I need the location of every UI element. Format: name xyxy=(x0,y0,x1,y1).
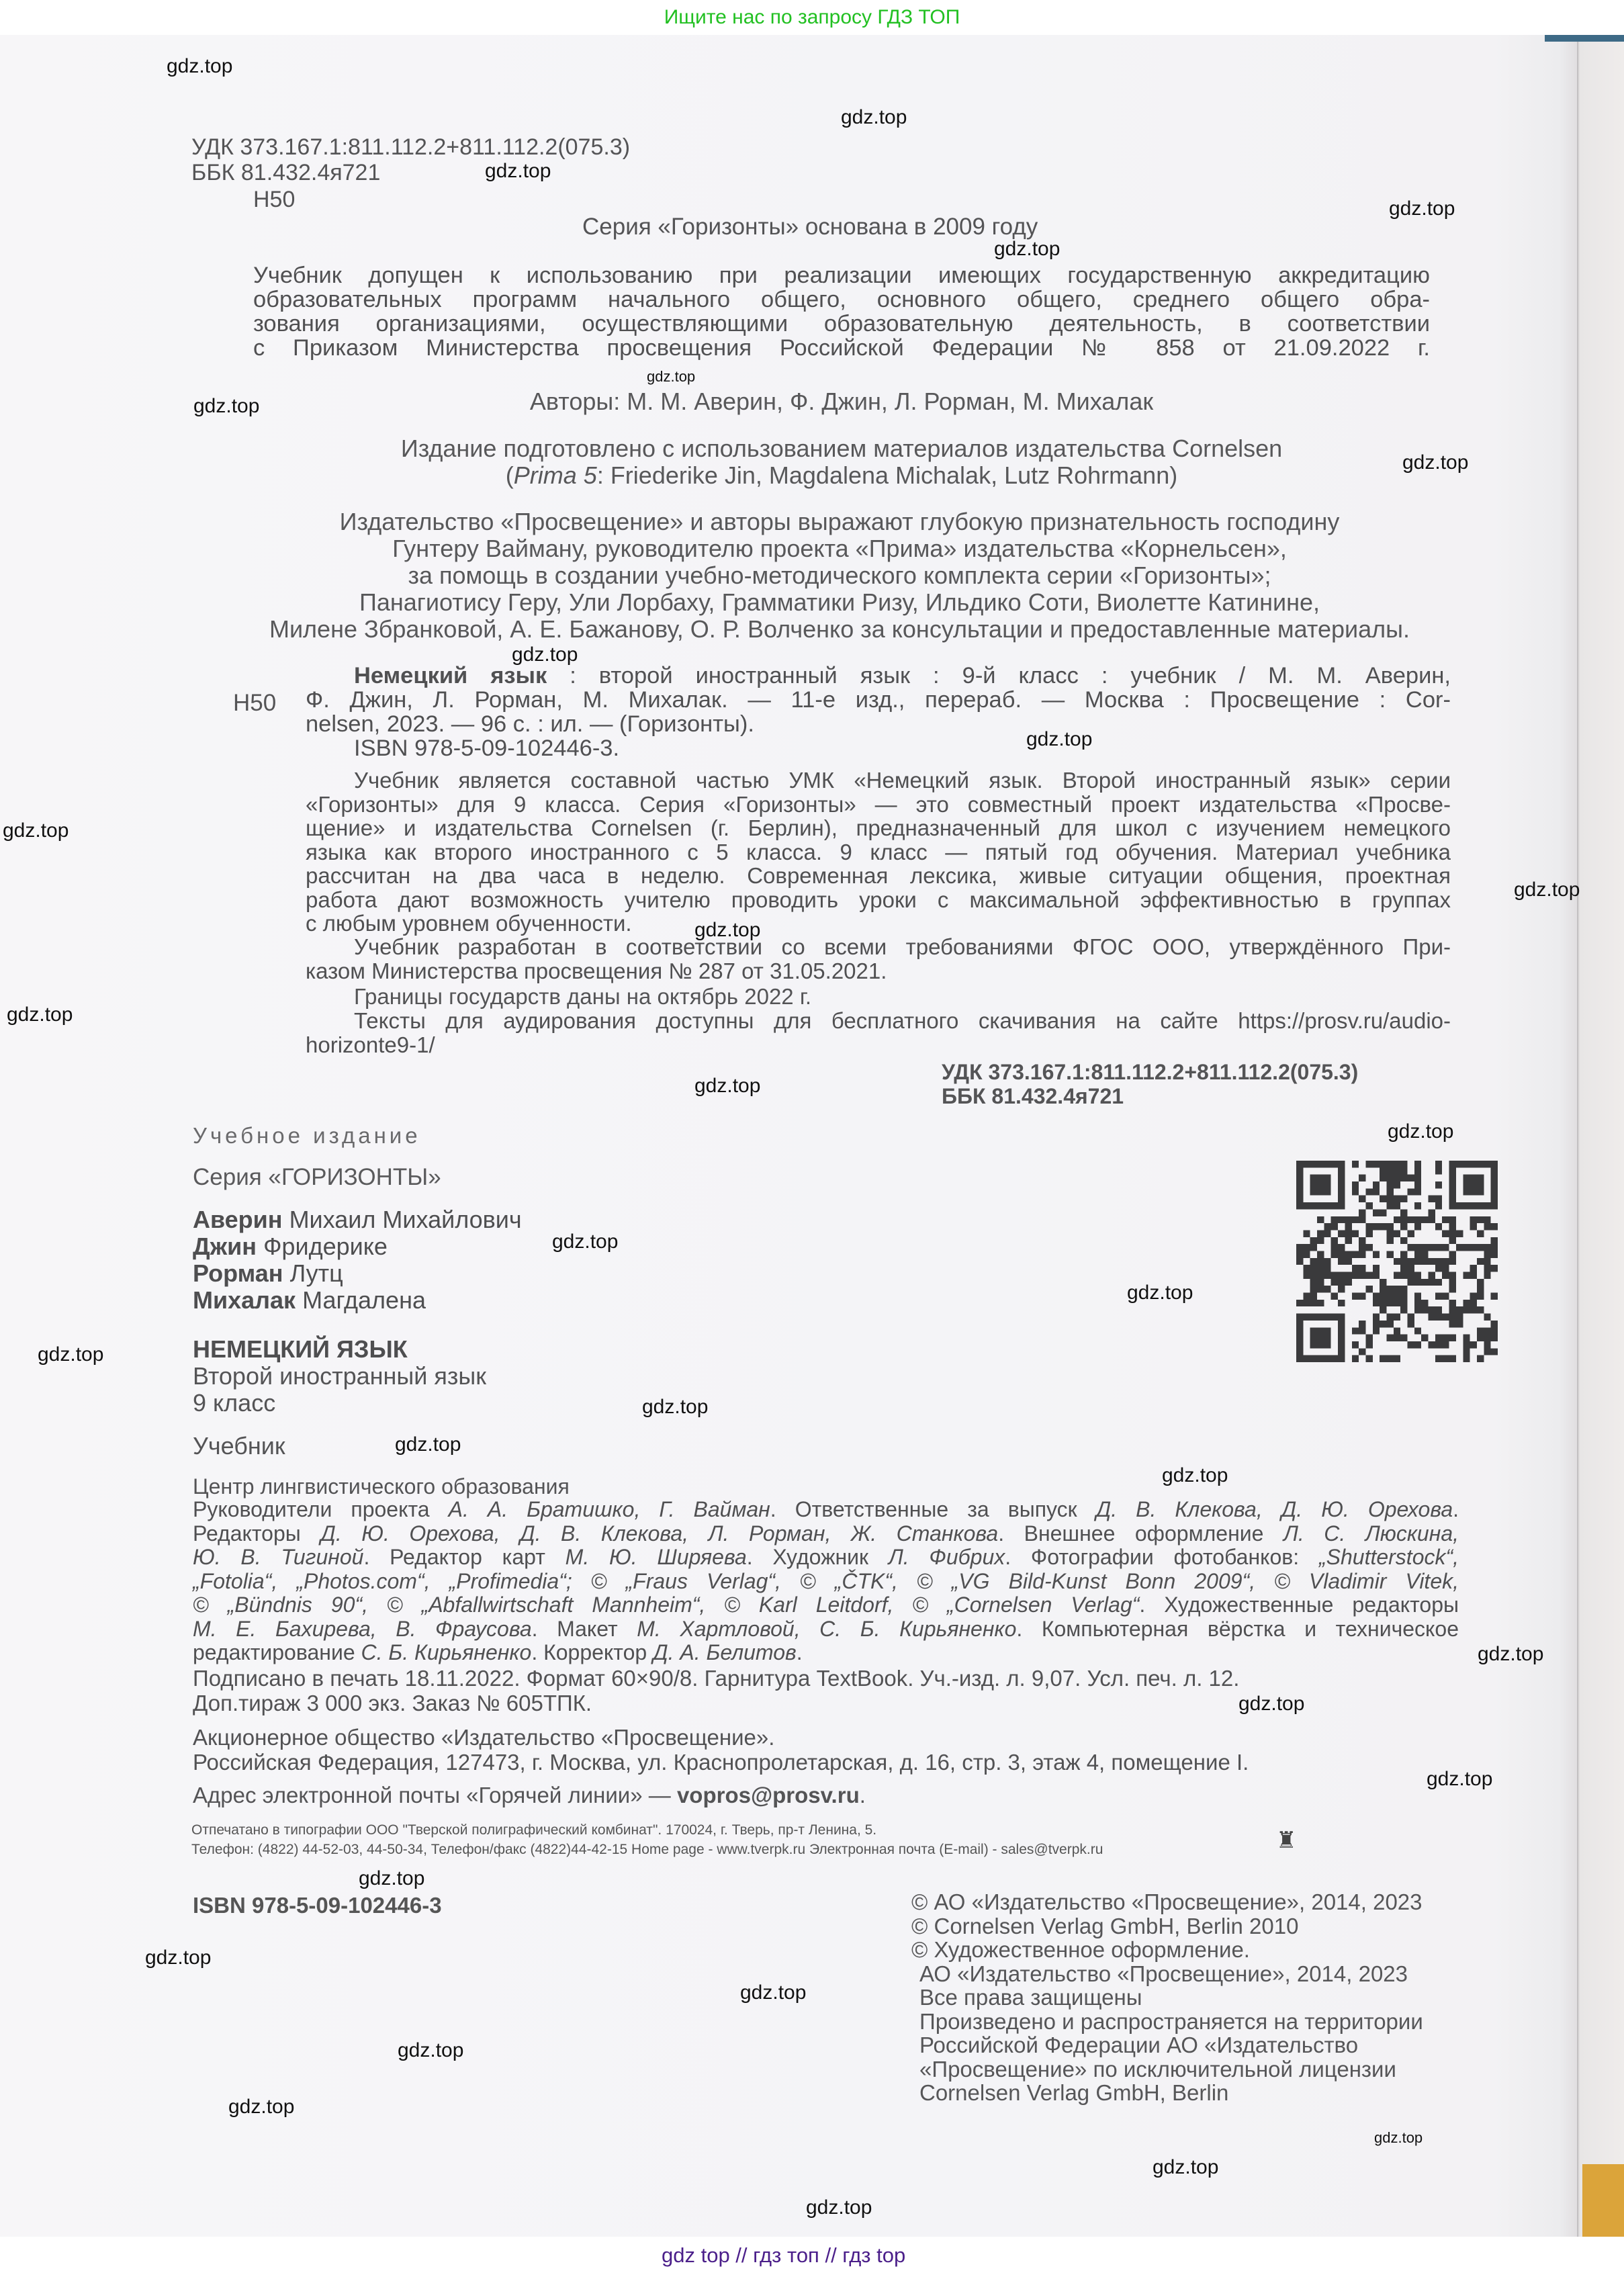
credit-name: „Shutterstock“, xyxy=(1319,1545,1459,1569)
imprint-author: Рорман Лутц xyxy=(193,1260,522,1287)
watermark: gdz.top xyxy=(398,2039,463,2062)
watermark: gdz.top xyxy=(694,919,760,942)
catalog-line: Ф. Джин, Л. Рорман, М. Михалак. — 11-е и… xyxy=(306,688,1451,712)
watermark: gdz.top xyxy=(841,106,907,129)
credit-text: . xyxy=(1453,1497,1459,1521)
author-mark: Н50 xyxy=(253,187,295,213)
watermark: gdz.top xyxy=(740,1981,806,2004)
author-name: Лутц xyxy=(290,1259,343,1287)
watermark: gdz.top xyxy=(7,1003,73,1026)
author-surname: Рорман xyxy=(193,1259,283,1287)
credit-name: Д. В. Клекова, Д. Ю. Орехова xyxy=(1096,1497,1453,1521)
credits-center: Центр лингвистического образования xyxy=(193,1474,570,1499)
watermark: gdz.top xyxy=(694,1075,760,1098)
qr-code[interactable] xyxy=(1296,1161,1498,1362)
description-line: работа дают возможность учителю проводит… xyxy=(306,888,1451,912)
udk-code-right: УДК 373.167.1:811.112.2+811.112.2(075.3) xyxy=(942,1060,1358,1085)
watermark: gdz.top xyxy=(38,1343,103,1366)
book-subtitle: Второй иностранный язык xyxy=(193,1362,486,1390)
catalog-line-rest: : второй иностранный язык : 9-й класс : … xyxy=(547,663,1451,688)
watermark: gdz.top xyxy=(395,1433,461,1456)
printer-logo-icon: ♜ xyxy=(1276,1827,1296,1854)
isbn-bottom: ISBN 978-5-09-102446-3 xyxy=(193,1893,442,1918)
watermark: gdz.top xyxy=(359,1867,424,1890)
copyright-line: «Просвещение» по исключительной лицензии xyxy=(911,2057,1423,2082)
credit-text: . Художник xyxy=(747,1545,889,1569)
book-spine xyxy=(1577,35,1624,2237)
watermark: gdz.top xyxy=(1514,879,1580,901)
fgos-line: казом Министерства просвещения № 287 от … xyxy=(306,959,1451,983)
copyright-line: Все права защищены xyxy=(911,1985,1423,2010)
credit-text: . xyxy=(797,1640,803,1664)
book-title: НЕМЕЦКИЙ ЯЗЫК xyxy=(193,1335,408,1364)
watermark: gdz.top xyxy=(512,643,578,666)
author-name: Михаил Михайлович xyxy=(289,1206,522,1233)
hotline-end: . xyxy=(860,1783,866,1807)
approval-line: образовательных программ начального обще… xyxy=(253,287,1430,312)
fgos-line: Учебник разработан в соответствии со все… xyxy=(306,935,1451,959)
watermark: gdz.top xyxy=(1402,451,1468,474)
prima-title: Prima 5 xyxy=(514,461,597,489)
print-info-line: Доп.тираж 3 000 экз. Заказ № 605ТПК. xyxy=(193,1691,1239,1715)
cornelsen-note-line: (Prima 5: Friederike Jin, Magdalena Mich… xyxy=(253,462,1430,489)
imprint-series: Серия «ГОРИЗОНТЫ» xyxy=(193,1164,441,1191)
imprint-author: Джин Фридерике xyxy=(193,1233,522,1260)
watermark: gdz.top xyxy=(1162,1464,1228,1487)
approval-paragraph: Учебник допущен к использованию при реал… xyxy=(253,263,1430,360)
printer-line: Телефон: (4822) 44-52-03, 44-50-34, Теле… xyxy=(191,1842,1103,1858)
watermark: gdz.top xyxy=(145,1947,211,1969)
bbk-code-right: ББК 81.432.4я721 xyxy=(942,1084,1124,1109)
credits-line: Ю. В. Тигиной. Редактор карт М. Ю. Ширяе… xyxy=(193,1546,1459,1570)
credit-name: М. Е. Бахирева, В. Фраусова xyxy=(193,1617,532,1641)
bottom-banner-link[interactable]: gdz top // гдз топ // гдз top xyxy=(662,2243,905,2268)
approval-line: зования организациями, осуществляющими о… xyxy=(253,312,1430,336)
watermark: gdz.top xyxy=(647,368,695,386)
credit-text: . Ответственные за выпуск xyxy=(770,1497,1096,1521)
description-line: Учебник является составной частью УМК «Н… xyxy=(306,768,1451,793)
catalog-title: Немецкий язык xyxy=(354,663,547,688)
authors-line: Авторы: М. М. Аверин, Ф. Джин, Л. Рорман… xyxy=(253,388,1430,415)
edition-type: Учебное издание xyxy=(193,1123,421,1149)
print-info: Подписано в печать 18.11.2022. Формат 60… xyxy=(193,1666,1239,1715)
watermark: gdz.top xyxy=(193,395,259,418)
approval-line: Учебник допущен к использованию при реал… xyxy=(253,263,1430,287)
imprint-author: Михалак Магдалена xyxy=(193,1287,522,1314)
catalog-isbn: ISBN 978-5-09-102446-3. xyxy=(306,736,1451,760)
publisher-line: Российская Федерация, 127473, г. Москва,… xyxy=(193,1750,1249,1775)
credit-name: А. А. Братишко, Г. Вайман xyxy=(449,1497,770,1521)
approval-line: с Приказом Министерства просвещения Росс… xyxy=(253,336,1430,360)
imprint-authors: Аверин Михаил Михайлович Джин Фридерике … xyxy=(193,1206,522,1314)
spine-cover-edge xyxy=(1545,35,1624,42)
publisher-info: Акционерное общество «Издательство «Прос… xyxy=(193,1725,1249,1775)
watermark: gdz.top xyxy=(1388,1120,1453,1143)
watermark: gdz.top xyxy=(1478,1643,1543,1666)
watermark: gdz.top xyxy=(994,238,1060,261)
credit-name: Л. С. Люскина, xyxy=(1283,1521,1459,1546)
hotline-email[interactable]: vopros@prosv.ru xyxy=(677,1783,860,1807)
credits-paragraph: Руководители проекта А. А. Братишко, Г. … xyxy=(193,1498,1459,1665)
gratitude-line: Гунтеру Вайману, руководителю проекта «П… xyxy=(201,535,1478,562)
description-line: «Горизонты» для 9 класса. Серия «Горизон… xyxy=(306,793,1451,817)
author-surname: Михалак xyxy=(193,1286,296,1314)
spine-orange-edge xyxy=(1582,2164,1624,2237)
catalog-entry: Немецкий язык : второй иностранный язык … xyxy=(306,664,1451,760)
watermark: gdz.top xyxy=(1127,1282,1193,1304)
credit-text: . Фотографии фотобанков: xyxy=(1005,1545,1319,1569)
print-info-line: Подписано в печать 18.11.2022. Формат 60… xyxy=(193,1666,1239,1691)
description-line: с любым уровнем обученности. xyxy=(306,911,1451,936)
book-grade: 9 класс xyxy=(193,1389,275,1417)
watermark: gdz.top xyxy=(1153,2156,1218,2179)
copyright-line: © АО «Издательство «Просвещение», 2014, … xyxy=(911,1890,1423,1914)
copyright-line: Российской Федерации АО «Издательство xyxy=(911,2033,1423,2057)
book-kind: Учебник xyxy=(193,1432,285,1460)
credit-text: Редакторы xyxy=(193,1521,320,1546)
copyright-line: Cornelsen Verlag GmbH, Berlin xyxy=(911,2081,1423,2105)
author-name: Фридерике xyxy=(263,1233,388,1260)
gratitude-paragraph: Издательство «Просвещение» и авторы выра… xyxy=(201,508,1478,643)
watermark: gdz.top xyxy=(3,819,69,842)
credits-line: Редакторы Д. Ю. Орехова, Д. В. Клекова, … xyxy=(193,1522,1459,1546)
watermark: gdz.top xyxy=(1427,1768,1492,1791)
description-line: щение» и издательства Cornelsen (г. Берл… xyxy=(306,816,1451,840)
watermark: gdz.top xyxy=(1238,1693,1304,1715)
credit-text: редактирование xyxy=(193,1640,361,1664)
copyright-line: © Cornelsen Verlag GmbH, Berlin 2010 xyxy=(911,1914,1423,1938)
gratitude-line: Издательство «Просвещение» и авторы выра… xyxy=(201,508,1478,535)
credit-text: . Редактор карт xyxy=(363,1545,565,1569)
hotline: Адрес электронной почты «Горячей линии» … xyxy=(193,1783,866,1808)
credit-text: . Художественные редакторы xyxy=(1139,1593,1459,1617)
top-banner[interactable]: Ищите нас по запросу ГДЗ ТОП xyxy=(0,0,1624,35)
copyright-line: Произведено и распространяется на террит… xyxy=(911,2010,1423,2034)
copyright-line: АО «Издательство «Просвещение», 2014, 20… xyxy=(911,1962,1423,1986)
gratitude-line: Панагиотису Геру, Ули Лорбаху, Грамматик… xyxy=(201,589,1478,616)
borders-note: Границы государств даны на октябрь 2022 … xyxy=(354,984,811,1010)
printer-line: Отпечатано в типографии ООО "Тверской по… xyxy=(191,1822,876,1838)
cornelsen-note: Издание подготовлено с использованием ма… xyxy=(253,435,1430,489)
gratitude-line: за помощь в создании учебно-методическог… xyxy=(201,562,1478,589)
description-paragraph: Учебник является составной частью УМК «Н… xyxy=(306,768,1451,936)
bbk-code: ББК 81.432.4я721 xyxy=(191,160,380,186)
credits-line: редактирование С. Б. Кирьяненко. Коррект… xyxy=(193,1641,1459,1665)
publisher-line: Акционерное общество «Издательство «Прос… xyxy=(193,1725,1249,1750)
gratitude-line: Милене Збранковой, А. Е. Бажанову, О. Р.… xyxy=(201,616,1478,643)
audio-note-line[interactable]: Тексты для аудирования доступны для бесп… xyxy=(306,1009,1451,1033)
credit-name: М. Ю. Ширяева xyxy=(566,1545,747,1569)
credit-name: „Fotolia“, „Photos.com“, „Profimedia“; ©… xyxy=(193,1569,1459,1593)
watermark: gdz.top xyxy=(167,55,232,78)
watermark: gdz.top xyxy=(228,2096,294,2118)
imprint-author: Аверин Михаил Михайлович xyxy=(193,1206,522,1233)
credits-line: М. Е. Бахирева, В. Фраусова. Макет М. Ха… xyxy=(193,1617,1459,1642)
audio-note-line[interactable]: horizonte9-1/ xyxy=(306,1033,1451,1057)
catalog-code: Н50 xyxy=(233,690,276,717)
watermark: gdz.top xyxy=(552,1231,618,1253)
credits-line: Руководители проекта А. А. Братишко, Г. … xyxy=(193,1498,1459,1522)
prima-authors: : Friederike Jin, Magdalena Michalak, Lu… xyxy=(597,461,1177,489)
credit-name: Д. А. Белитов xyxy=(653,1640,797,1664)
description-line: языка как второго иностранного с 5 класс… xyxy=(306,840,1451,864)
credit-name: Ю. В. Тигиной xyxy=(193,1545,363,1569)
credit-text: Руководители проекта xyxy=(193,1497,449,1521)
watermark: gdz.top xyxy=(1026,728,1092,751)
author-surname: Джин xyxy=(193,1233,257,1260)
credit-name: © „Bündnis 90“, © „Abfallwirtschaft Mann… xyxy=(193,1593,1139,1617)
watermark: gdz.top xyxy=(642,1396,708,1419)
catalog-line: Немецкий язык : второй иностранный язык … xyxy=(306,664,1451,688)
audio-note: Тексты для аудирования доступны для бесп… xyxy=(306,1009,1451,1057)
hotline-label: Адрес электронной почты «Горячей линии» … xyxy=(193,1783,677,1807)
credit-name: С. Б. Кирьяненко xyxy=(361,1640,532,1664)
author-surname: Аверин xyxy=(193,1206,283,1233)
credit-name: Д. Ю. Орехова, Д. В. Клекова, Л. Рорман,… xyxy=(320,1521,998,1546)
credit-text: . Корректор xyxy=(531,1640,653,1664)
fgos-paragraph: Учебник разработан в соответствии со все… xyxy=(306,935,1451,983)
watermark: gdz.top xyxy=(806,2196,872,2219)
description-line: рассчитан на два часа в неделю. Современ… xyxy=(306,864,1451,888)
credits-line: © „Bündnis 90“, © „Abfallwirtschaft Mann… xyxy=(193,1593,1459,1617)
author-name: Магдалена xyxy=(302,1286,426,1314)
copyright-block: © АО «Издательство «Просвещение», 2014, … xyxy=(911,1890,1423,2105)
watermark: gdz.top xyxy=(1389,197,1455,220)
credit-name: Л. Фибрих xyxy=(889,1545,1005,1569)
credit-text: . Компьютерная вёрстка и техническое xyxy=(1016,1617,1459,1641)
credits-line: „Fotolia“, „Photos.com“, „Profimedia“; ©… xyxy=(193,1570,1459,1594)
udk-code: УДК 373.167.1:811.112.2+811.112.2(075.3) xyxy=(191,134,630,161)
credit-text: . Макет xyxy=(532,1617,637,1641)
cornelsen-note-line: Издание подготовлено с использованием ма… xyxy=(253,435,1430,462)
bottom-banner: gdz top // гдз топ // гдз top xyxy=(0,2237,1624,2277)
watermark: gdz.top xyxy=(485,160,551,183)
credit-text: . Внешнее оформление xyxy=(998,1521,1283,1546)
catalog-line: nelsen, 2023. — 96 с. : ил. — (Горизонты… xyxy=(306,712,1451,736)
credit-name: М. Хартловой, С. Б. Кирьяненко xyxy=(637,1617,1016,1641)
series-note: Серия «Горизонты» основана в 2009 году xyxy=(582,214,1038,240)
watermark: gdz.top xyxy=(1374,2129,1423,2147)
copyright-line: © Художественное оформление. xyxy=(911,1938,1423,1962)
